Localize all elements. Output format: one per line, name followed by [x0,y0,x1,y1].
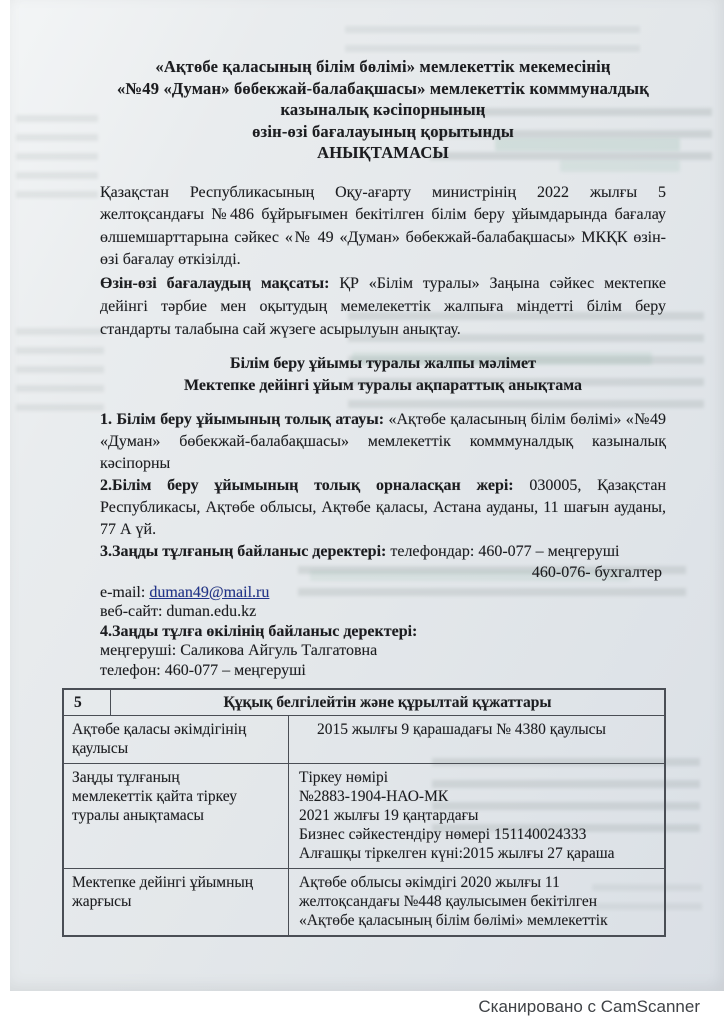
table-row-value: Ақтөбе облысы әкімдігі 2020 жылғы 11 жел… [289,869,664,935]
title-line: казыналық кәсіпорнының [100,99,666,121]
info-items: 1. Білім беру ұйымының толық атауы: «Ақт… [100,409,666,681]
item-lead: 3.Заңды тұлғаның байланыс деректері: [100,543,386,560]
document-body: «Ақтөбе қаласының білім бөлімі» мемлекет… [100,56,666,680]
title-line: өзін-өзі бағалауының қорытынды [100,121,666,143]
table-row-value: 2015 жылғы 9 қарашадағы № 4380 қаулысы [289,716,664,763]
purpose-paragraph: Өзін-өзі бағалаудың мақсаты: ҚР «Білім т… [100,272,666,341]
document-title-block: «Ақтөбе қаласының білім бөлімі» мемлекет… [100,56,666,164]
email-label: e-mail: [100,584,149,601]
page-title: АНЫҚТАМАСЫ [100,142,666,164]
section-heading-line: Білім беру ұйымы туралы жалпы мәлімет [100,353,666,375]
table-row-label: Ақтөбе қаласы әкімдігінің қаулысы [64,716,289,763]
table-row: Мектепке дейінгі ұйымның жарғысы Ақтөбе … [64,868,664,935]
table-row-label: Мектепке дейінгі ұйымның жарғысы [64,869,289,935]
founding-documents-table: 5 Құқық белгілейтін және құрылтай құжатт… [62,688,666,937]
email-line: e-mail: duman49@mail.ru [100,583,666,603]
table-header-row: 5 Құқық белгілейтін және құрылтай құжатт… [64,690,664,715]
item-full-name: 1. Білім беру ұйымының толық атауы: «Ақт… [100,409,666,475]
purpose-lead: Өзін-өзі бағалаудың мақсаты: [100,275,329,292]
title-line: «№49 «Думан» бөбекжай-балабақшасы» мемле… [100,78,666,100]
item-representative-lead: 4.Заңды тұлға өкілінің байланыс деректер… [100,622,666,642]
title-line: «Ақтөбе қаласының білім бөлімі» мемлекет… [100,56,666,78]
section-heading-line: Мектепке дейінгі ұйым туралы ақпараттық … [100,375,666,397]
item-lead: 2.Білім беру ұйымының толық орналасқан ж… [100,477,514,494]
email-link[interactable]: duman49@mail.ru [149,584,269,601]
section-heading: Білім беру ұйымы туралы жалпы мәлімет Ме… [100,353,666,397]
manager-phone-line: телефон: 460-077 – меңгеруші [100,661,666,681]
table-row-value: Тіркеу нөмірі №2883-1904-НАО-МК 2021 жыл… [289,764,664,868]
website-line: веб-сайт: duman.edu.kz [100,602,666,622]
camscanner-watermark: Сканировано с CamScanner [478,997,700,1017]
item-text: телефондар: 460-077 – меңгеруші [386,543,619,560]
intro-paragraph: Қазақстан Республикасының Оқу-ағарту мин… [100,182,666,272]
table-header-title: Құқық белгілейтін және құрылтай құжаттар… [111,690,664,715]
footer-bar: Сканировано с CamScanner [0,991,724,1024]
table-row-label: Заңды тұлғаның мемлекеттік қайта тіркеу … [64,764,289,868]
table-row-number: 5 [64,690,111,715]
item-contacts: 3.Заңды тұлғаның байланыс деректері: тел… [100,541,666,563]
table-row: Заңды тұлғаның мемлекеттік қайта тіркеу … [64,763,664,868]
accountant-phone: 460-076- бухгалтер [100,563,666,583]
item-lead: 1. Білім беру ұйымының толық атауы: [100,411,384,428]
manager-line: меңгеруші: Саликова Айгуль Талгатовна [100,641,666,661]
item-address: 2.Білім беру ұйымының толық орналасқан ж… [100,475,666,541]
table-row: Ақтөбе қаласы әкімдігінің қаулысы 2015 ж… [64,715,664,763]
